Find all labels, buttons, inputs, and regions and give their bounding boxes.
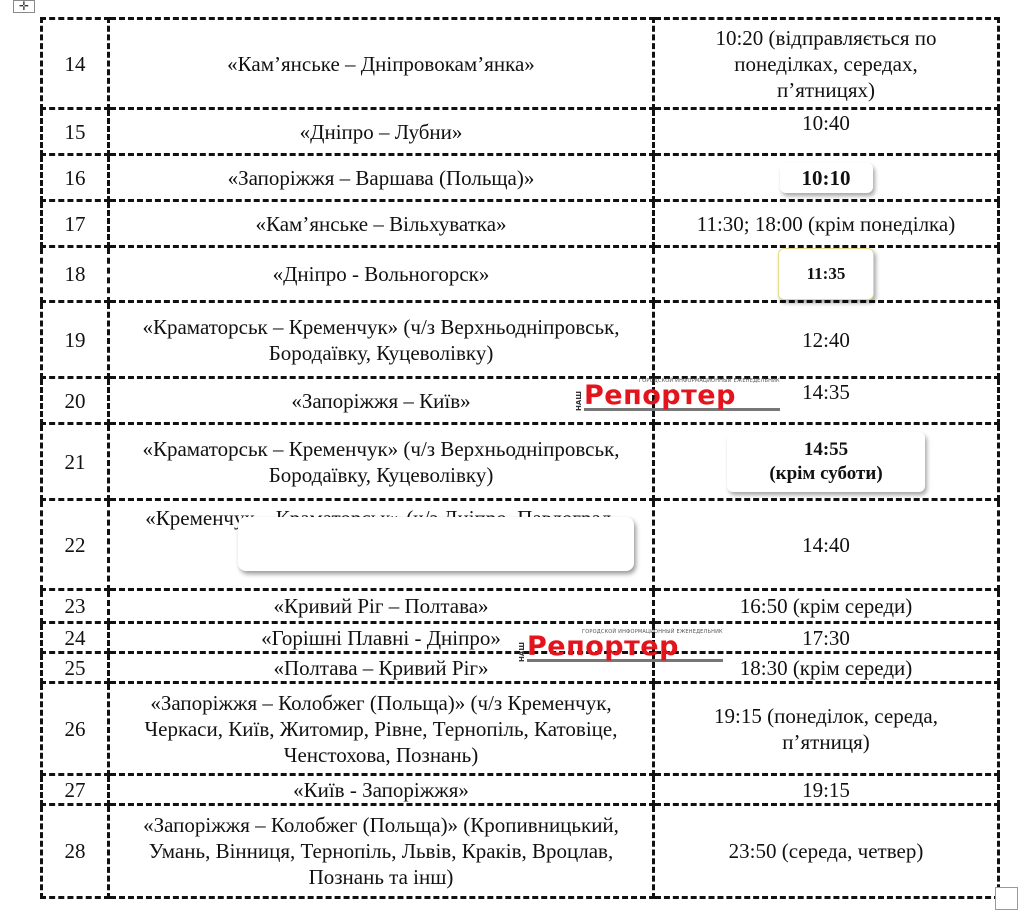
table-row: 21 «Краматорськ – Кременчук» (ч/з Верхнь… (42, 424, 999, 500)
time-cell: 10:40 (654, 109, 999, 155)
row-number: 22 (42, 500, 109, 590)
table-row: 18 «Дніпро - Вольногорск» 11:35 (42, 247, 999, 302)
time-cell: 19:15 (понеділок, середа, п’ятниця) (654, 683, 999, 775)
time-cell: 19:15 (654, 775, 999, 805)
time-cell: 14:40 (654, 500, 999, 590)
time-cell: 16:50 (крім середи) (654, 590, 999, 623)
row-number: 27 (42, 775, 109, 805)
route-cell: «Кривий Ріг – Полтава» (109, 590, 654, 623)
table-row: 27 «Київ - Запоріжжя» 19:15 (42, 775, 999, 805)
table-row: 20 «Запоріжжя – Київ» 14:35 (42, 378, 999, 424)
route-cell: «Дніпро - Вольногорск» (109, 247, 654, 302)
time-cell: 23:50 (середа, четвер) (654, 805, 999, 898)
row-number: 17 (42, 201, 109, 247)
row-number: 16 (42, 155, 109, 201)
time-text: 10:20 (відправляється по понеділках, сер… (661, 25, 991, 103)
table-row: 16 «Запоріжжя – Варшава (Польща)» 10:10 (42, 155, 999, 201)
row-number: 21 (42, 424, 109, 500)
schedule-table: 14 «Кам’янське – Дніпровокам’янка» 10:20… (40, 17, 1000, 899)
route-cell: «Запоріжжя – Колобжег (Польща)» (ч/з Кре… (109, 683, 654, 775)
redaction-box (238, 517, 634, 571)
row-number: 15 (42, 109, 109, 155)
route-cell: «Запоріжжя – Київ» (109, 378, 654, 424)
logo-prefix: НАШ (576, 391, 583, 411)
route-cell: «Кам’янське – Вільхуватка» (109, 201, 654, 247)
route-cell: «Дніпро – Лубни» (109, 109, 654, 155)
row-number: 25 (42, 653, 109, 683)
logo-prefix: НАШ (519, 642, 526, 662)
row-number: 28 (42, 805, 109, 898)
time-text: 19:15 (понеділок, середа, п’ятниця) (661, 703, 991, 755)
time-cell: 12:40 (654, 302, 999, 378)
time-cell: 14:55 (крім суботи) (654, 424, 999, 500)
time-cell: 11:35 (654, 247, 999, 302)
table-row: 14 «Кам’янське – Дніпровокам’янка» 10:20… (42, 19, 999, 109)
row-number: 19 (42, 302, 109, 378)
row-number: 23 (42, 590, 109, 623)
row-number: 18 (42, 247, 109, 302)
table-row: 26 «Запоріжжя – Колобжег (Польща)» (ч/з … (42, 683, 999, 775)
table-resize-handle-icon[interactable] (995, 887, 1018, 910)
table-row: 17 «Кам’янське – Вільхуватка» 11:30; 18:… (42, 201, 999, 247)
route-cell: «Кам’янське – Дніпровокам’янка» (109, 19, 654, 109)
time-cell: 10:20 (відправляється по понеділках, сер… (654, 19, 999, 109)
time-note: (крім суботи) (769, 463, 882, 484)
route-cell: «Запоріжжя – Варшава (Польща)» (109, 155, 654, 201)
time-text: 14:55 (804, 439, 848, 460)
row-number: 20 (42, 378, 109, 424)
time-bubble: 11:35 (778, 248, 875, 300)
time-cell: 11:30; 18:00 (крім понеділка) (654, 201, 999, 247)
table-row: 23 «Кривий Ріг – Полтава» 16:50 (крім се… (42, 590, 999, 623)
row-number: 24 (42, 623, 109, 653)
route-cell: «Краматорськ – Кременчук» (ч/з Верхньодн… (109, 424, 654, 500)
watermark-logo: НАШ ГОРОДСКОЙ ИНФОРМАЦИОННЫЙ ЕЖЕНЕДЕЛЬНИ… (519, 629, 723, 662)
logo-brand: Репортер (584, 384, 780, 411)
watermark-logo: НАШ ГОРОДСКОЙ ИНФОРМАЦИОННЫЙ ЕЖЕНЕДЕЛЬНИ… (576, 378, 780, 411)
table-row: 28 «Запоріжжя – Колобжег (Польща)» (Кроп… (42, 805, 999, 898)
table-row: 19 «Краматорськ – Кременчук» (ч/з Верхнь… (42, 302, 999, 378)
route-cell: «Краматорськ – Кременчук» (ч/з Верхньодн… (109, 302, 654, 378)
time-bubble: 10:10 (780, 163, 873, 193)
route-cell: «Київ - Запоріжжя» (109, 775, 654, 805)
table-move-handle-icon[interactable]: ✛ (13, 0, 35, 13)
time-bubble: 14:55 (крім суботи) (727, 432, 924, 492)
logo-brand: Репортер (527, 635, 723, 662)
time-cell: 10:10 (654, 155, 999, 201)
table-row: 15 «Дніпро – Лубни» 10:40 (42, 109, 999, 155)
route-cell: «Запоріжжя – Колобжег (Польща)» (Кропивн… (109, 805, 654, 898)
row-number: 14 (42, 19, 109, 109)
row-number: 26 (42, 683, 109, 775)
